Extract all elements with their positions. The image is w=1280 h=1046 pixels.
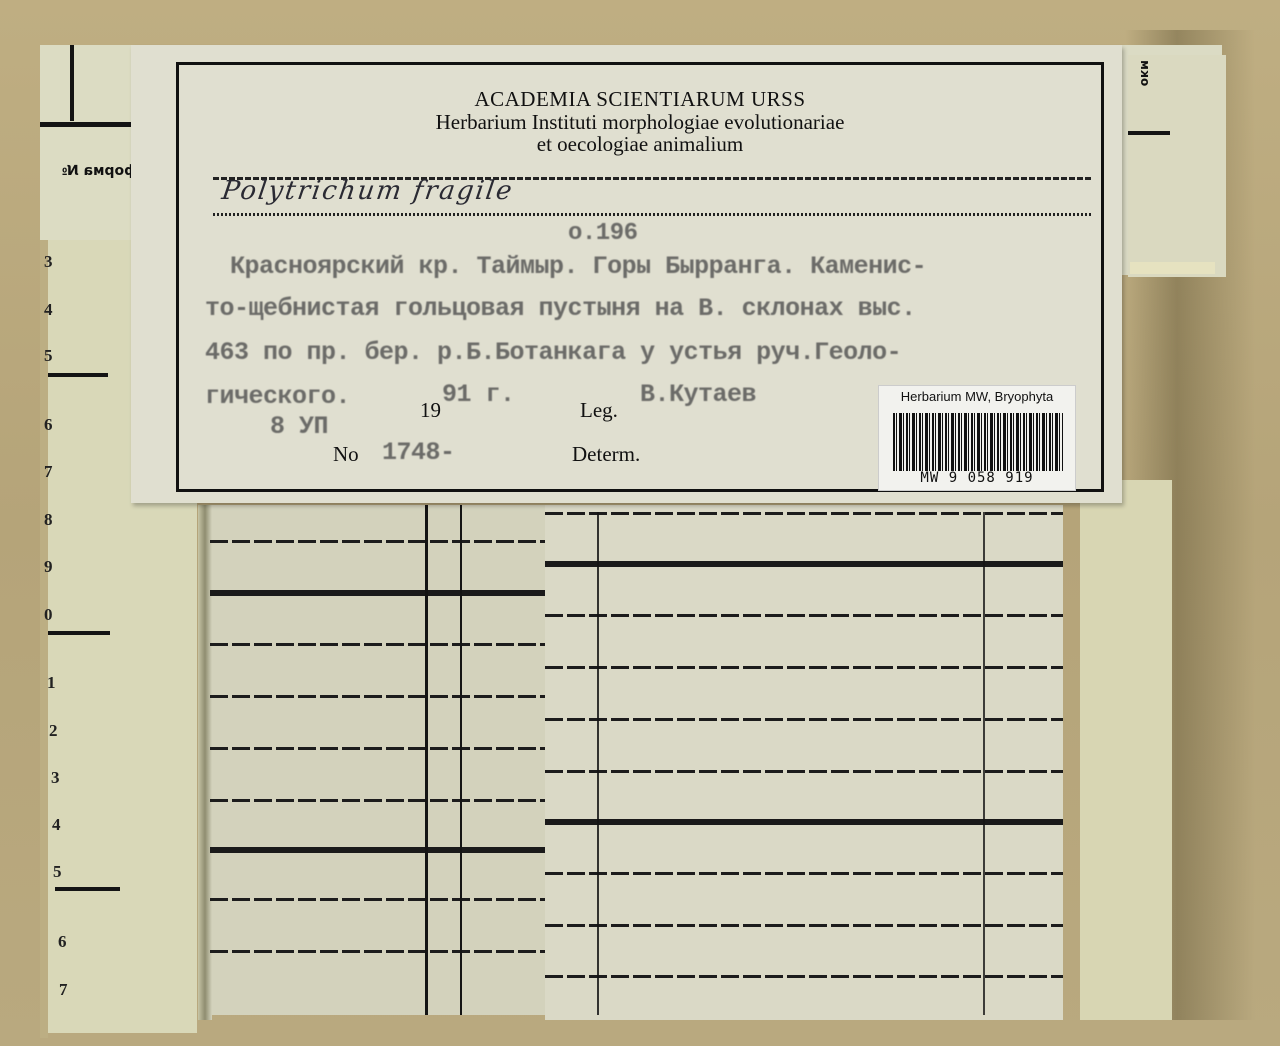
form-rule	[210, 540, 545, 543]
scale-number: 7	[59, 980, 68, 1000]
scale-mark	[55, 887, 120, 891]
form-rule	[210, 643, 545, 646]
form-column-line	[460, 505, 462, 1015]
form-rule	[545, 975, 1063, 978]
packet-right-flap	[1080, 480, 1172, 1020]
form-column-line	[597, 512, 599, 1015]
scale-number: 6	[58, 932, 67, 952]
scale-number: 7	[44, 462, 53, 482]
institution-subtitle-2: et oecologiae animalium	[176, 132, 1104, 157]
fold-shadow	[198, 505, 212, 1020]
form-rule	[545, 872, 1063, 875]
form-rule	[545, 924, 1063, 927]
scale-number: 3	[51, 768, 60, 788]
ruled-form-left	[205, 505, 545, 1015]
form-rule	[210, 799, 545, 802]
institution-title: ACADEMIA SCIENTIARUM URSS	[176, 87, 1104, 112]
form-rule	[210, 695, 545, 698]
locality-line-1: Красноярский кр. Таймыр. Горы Бырранга. …	[230, 252, 926, 281]
tape	[1130, 262, 1215, 274]
scale-number: 1	[47, 673, 56, 693]
form-rule	[545, 666, 1063, 669]
scale-number: 3	[44, 252, 53, 272]
barcode-title: Herbarium MW, Bryophyta	[879, 389, 1075, 404]
form-rule	[545, 770, 1063, 773]
right-tab	[1128, 55, 1226, 277]
locality-line-4: гического.	[205, 382, 350, 411]
scale-number: 9	[44, 557, 53, 577]
scale-number: 8	[44, 510, 53, 530]
form-rule-thick	[210, 590, 545, 596]
form-rule	[210, 898, 545, 901]
barcode-sticker: Herbarium MW, Bryophyta MW 9 058 919	[878, 385, 1076, 491]
scale-number: 5	[53, 862, 62, 882]
determ-label: Determ.	[572, 442, 640, 467]
ruled-form-right	[545, 505, 1063, 1020]
date-year: 91 г.	[442, 380, 515, 409]
scale-number: 5	[44, 346, 53, 366]
form-rule	[210, 950, 545, 953]
form-column-line	[425, 505, 428, 1015]
scale-number: 4	[44, 300, 53, 320]
scale-mark	[48, 631, 110, 635]
form-rule-thick	[210, 847, 545, 853]
scale-number: 6	[44, 415, 53, 435]
form-rule	[545, 614, 1063, 617]
scale-mark	[48, 373, 108, 377]
collector-name: В.Кутаев	[640, 380, 756, 409]
tab-line	[40, 122, 140, 127]
barcode-number: MW 9 058 919	[879, 470, 1075, 486]
locality-line-2: то-щебнистая гольцовая пустыня на В. скл…	[205, 294, 916, 323]
specimen-code: o.196	[568, 220, 638, 247]
scale-number: 4	[52, 815, 61, 835]
mirrored-right-text: окм	[1138, 60, 1152, 86]
tab-line	[70, 45, 74, 121]
barcode-icon	[893, 413, 1063, 471]
leg-label: Leg.	[580, 398, 618, 423]
form-rule	[210, 747, 545, 750]
tab-line	[1128, 131, 1170, 135]
form-rule	[545, 512, 1063, 515]
form-rule-thick	[545, 819, 1063, 825]
scale-number: 2	[49, 721, 58, 741]
mirrored-form-text: форма №	[38, 163, 138, 179]
taxon-dotted-rule	[213, 213, 1093, 216]
specimen-number: 1748-	[382, 438, 455, 467]
left-tab	[40, 45, 140, 240]
number-label: No	[333, 442, 359, 467]
date-day-month: 8 УП	[270, 412, 328, 441]
form-rule-thick	[545, 561, 1063, 567]
taxon-name-handwritten: Polytrichum fragile	[220, 176, 516, 206]
locality-line-3: 463 по пр. бер. р.Б.Ботанкага у устья ру…	[205, 338, 901, 367]
form-column-line	[983, 512, 985, 1015]
scale-number: 0	[44, 605, 53, 625]
form-rule	[545, 718, 1063, 721]
date-prefix: 19	[420, 398, 441, 423]
